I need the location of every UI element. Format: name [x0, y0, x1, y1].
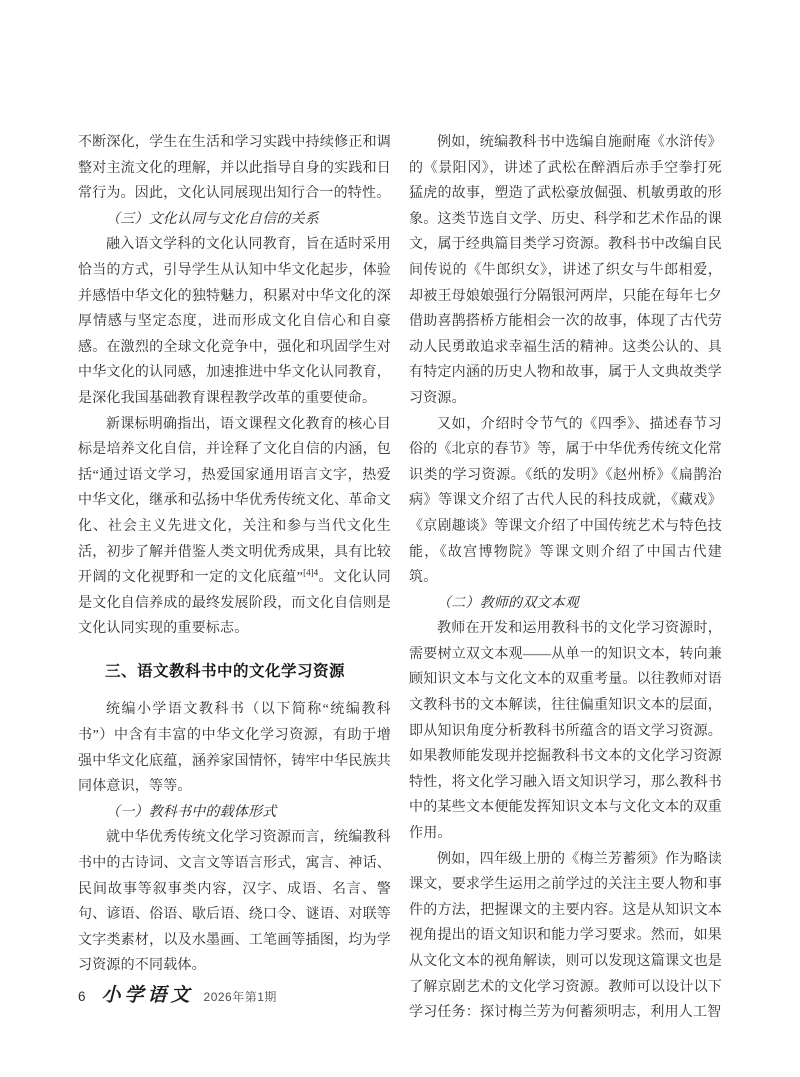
paragraph: 就中华优秀传统文化学习资源而言，统编教科书中的古诗词、文言文等语言形式，寓言、神…: [78, 825, 391, 979]
issue-label: 2026年第1期: [204, 988, 277, 1005]
text-run: 三、语文教科书中的文化学习资源: [105, 663, 345, 680]
page-footer: 6 小学语文 2026年第1期: [78, 980, 277, 1007]
paragraph: 不断深化，学生在生活和学习实践中持续修正和调整对主流文化的理解，并以此指导自身的…: [78, 130, 391, 207]
paragraph: 例如，统编教科书中选编自施耐庵《水浒传》的《景阳冈》，讲述了武松在醉酒后赤手空拳…: [409, 130, 722, 412]
text-run: 不断深化，学生在生活和学习实践中持续修正和调整对主流文化的理解，并以此指导自身的…: [78, 135, 391, 201]
paragraph: 教师在开发和运用教科书的文化学习资源时，需要树立双文本观——从单一的知识文本，转…: [409, 616, 722, 846]
text-column-left: 不断深化，学生在生活和学习实践中持续修正和调整对主流文化的理解，并以此指导自身的…: [78, 130, 391, 979]
text-run: （三）文化认同与文化自信的关系: [106, 212, 319, 227]
paragraph: 融入语文学科的文化认同教育，旨在适时采用恰当的方式，引导学生从认知中华文化起步，…: [78, 232, 391, 411]
text-run: 例如，统编教科书中选编自施耐庵《水浒传》的《景阳冈》，讲述了武松在醉酒后赤手空拳…: [409, 135, 722, 406]
text-run: （二）教师的双文本观: [437, 596, 579, 611]
paragraph: 统编小学语文教科书（以下简称“统编教科书”）中含有丰富的中华文化学习资源，有助于…: [78, 697, 391, 799]
subsection-heading: （三）文化认同与文化自信的关系: [78, 207, 391, 233]
document-page: 不断深化，学生在生活和学习实践中持续修正和调整对主流文化的理解，并以此指导自身的…: [0, 0, 800, 1077]
paragraph: 又如，介绍时令节气的《四季》、描述春节习俗的《北京的春节》等，属于中华优秀传统文…: [409, 412, 722, 591]
subsection-heading: （一）教科书中的载体形式: [78, 800, 391, 826]
paragraph: 例如，四年级上册的《梅兰芳蓄须》作为略读课文，要求学生运用之前学过的关注主要人物…: [409, 847, 722, 1026]
page-number: 6: [78, 989, 86, 1004]
text-run: （一）教科书中的载体形式: [106, 805, 276, 820]
subsection-heading: （二）教师的双文本观: [409, 591, 722, 617]
text-run: 就中华优秀传统文化学习资源而言，统编教科书中的古诗词、文言文等语言形式，寓言、神…: [78, 830, 391, 973]
text-run: 又如，介绍时令节气的《四季》、描述春节习俗的《北京的春节》等，属于中华优秀传统文…: [409, 417, 722, 586]
text-run: 统编小学语文教科书（以下简称“统编教科书”）中含有丰富的中华文化学习资源，有助于…: [78, 702, 391, 794]
section-heading: 三、语文教科书中的文化学习资源: [78, 659, 391, 685]
text-run: 融入语文学科的文化认同教育，旨在适时采用恰当的方式，引导学生从认知中华文化起步，…: [78, 237, 391, 406]
journal-name: 小学语文: [102, 980, 194, 1007]
text-run: 例如，四年级上册的《梅兰芳蓄须》作为略读课文，要求学生运用之前学过的关注主要人物…: [409, 852, 722, 1021]
text-run: 新课标明确指出，语文课程文化教育的核心目标是培养文化自信，并诠释了文化自信的内涵…: [78, 417, 391, 586]
text-run: 教师在开发和运用教科书的文化学习资源时，需要树立双文本观——从单一的知识文本，转…: [409, 621, 722, 841]
paragraph: 新课标明确指出，语文课程文化教育的核心目标是培养文化自信，并诠释了文化自信的内涵…: [78, 412, 391, 642]
text-column-right: 例如，统编教科书中选编自施耐庵《水浒传》的《景阳冈》，讲述了武松在醉酒后赤手空拳…: [409, 130, 722, 1026]
citation-superscript: [4]4: [303, 567, 318, 577]
